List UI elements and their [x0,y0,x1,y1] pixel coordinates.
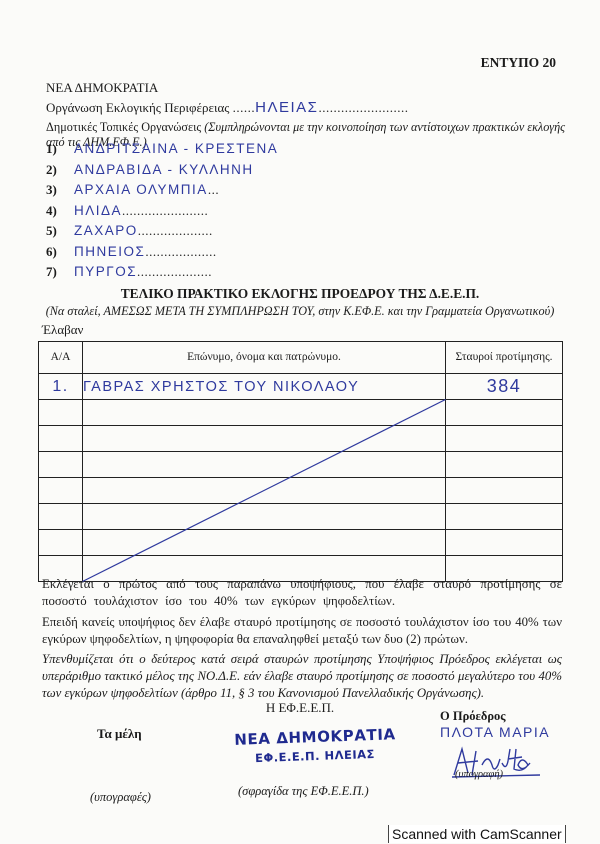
header-name: Επώνυμο, όνομα και πατρώνυμο. [83,342,446,374]
cell-name[interactable]: ΓΑΒΡΑΣ ΧΡΗΣΤΟΣ ΤΟΥ ΝΙΚΟΛΑΟΥ [83,374,446,400]
dots: ...... [233,100,256,115]
organization-label: Οργάνωση Εκλογικής Περιφέρειας [46,100,229,115]
item-number: 3) [46,182,74,198]
dots: ........................ [318,100,408,115]
dots: ....................... [122,203,208,218]
header-aa: Α/Α [39,342,83,374]
president-label: Ο Πρόεδρος [440,709,506,724]
board-label: Η ΕΦ.Ε.Ε.Π. [0,700,600,716]
stamp-label: (σφραγίδα της ΕΦ.Ε.Ε.Π.) [238,784,369,799]
dots: .................... [138,223,213,238]
form-number: ΕΝΤΥΠΟ 20 [481,55,556,71]
local-org-value[interactable]: ΑΝΔΡΙΤΣΑΙΝΑ - ΚΡΕΣΤΕΝΑ [74,141,278,156]
cell-votes[interactable] [446,504,563,530]
cell-name[interactable] [83,426,446,452]
cell-votes[interactable] [446,530,563,556]
signature-label: (υπογραφή) [455,769,503,780]
signatures-label: (υπογραφές) [90,790,151,805]
item-number: 2) [46,162,74,178]
list-item: 4)ΗΛΙΔΑ....................... [46,203,278,224]
camscanner-watermark: Scanned with CamScanner [388,825,566,843]
table-row [39,400,563,426]
local-org-value[interactable]: ΑΝΔΡΑΒΙΔΑ - ΚΥΛΛΗΝΗ [74,162,254,177]
dots: .................... [137,264,212,279]
local-org-value[interactable]: ΠΗΝΕΙΟΣ [74,244,145,259]
reminder-paragraph: Υπενθυμίζεται ότι ο δεύτερος κατά σειρά … [42,651,562,702]
received-label: Έλαβαν [42,322,83,338]
cell-aa[interactable]: 1. [39,374,83,400]
stamp-line-2: ΕΦ.Ε.Ε.Π. ΗΛΕΙΑΣ [230,746,400,766]
party-name: ΝΕΑ ΔΗΜΟΚΡΑΤΙΑ [46,80,158,96]
cell-aa[interactable] [39,426,83,452]
cell-name[interactable] [83,504,446,530]
local-org-value[interactable]: ΑΡΧΑΙΑ ΟΛΥΜΠΙΑ [74,182,208,197]
organization-value[interactable]: ΗΛΕΙΑΣ [255,99,318,116]
cell-aa[interactable] [39,478,83,504]
local-orgs-list: 1)ΑΝΔΡΙΤΣΑΙΝΑ - ΚΡΕΣΤΕΝΑ 2)ΑΝΔΡΑΒΙΔΑ - Κ… [46,141,278,285]
list-item: 1)ΑΝΔΡΙΤΣΑΙΝΑ - ΚΡΕΣΤΕΝΑ [46,141,278,162]
cell-name[interactable] [83,478,446,504]
list-item: 5)ΖΑΧΑΡΟ.................... [46,223,278,244]
cell-name[interactable] [83,400,446,426]
table-row [39,504,563,530]
cell-votes[interactable] [446,400,563,426]
list-item: 2)ΑΝΔΡΑΒΙΔΑ - ΚΥΛΛΗΝΗ [46,162,278,183]
document-subtitle: (Να σταλεί, ΑΜΕΣΩΣ ΜΕΤΑ ΤΗ ΣΥΜΠΛΗΡΩΣΗ ΤΟ… [0,304,600,319]
cell-aa[interactable] [39,400,83,426]
cell-name[interactable] [83,452,446,478]
members-label: Τα μέλη [97,726,142,742]
header-votes: Σταυροί προτίμησης. [446,342,563,374]
cell-aa[interactable] [39,504,83,530]
stamp-line-1: ΝΕΑ ΔΗΜΟΚΡΑΤΙΑ [230,725,401,749]
table-row: 1.ΓΑΒΡΑΣ ΧΡΗΣΤΟΣ ΤΟΥ ΝΙΚΟΛΑΟΥ384 [39,374,563,400]
item-number: 4) [46,203,74,219]
local-org-value[interactable]: ΖΑΧΑΡΟ [74,223,138,238]
list-item: 7)ΠΥΡΓΟΣ.................... [46,264,278,285]
dots: ... [208,182,219,197]
organization-line: Οργάνωση Εκλογικής Περιφέρειας ......ΗΛΕ… [46,99,408,116]
table-row [39,478,563,504]
cell-votes[interactable]: 384 [446,374,563,400]
list-item: 3)ΑΡΧΑΙΑ ΟΛΥΜΠΙΑ... [46,182,278,203]
results-table: Α/Α Επώνυμο, όνομα και πατρώνυμο. Σταυρο… [38,341,563,582]
elected-paragraph: Εκλέγεται ο πρώτος από τους παραπάνω υπο… [42,576,562,610]
item-number: 1) [46,141,74,157]
local-org-value[interactable]: ΠΥΡΓΟΣ [74,264,137,279]
dots: ................... [145,244,216,259]
item-number: 5) [46,223,74,239]
table-row [39,530,563,556]
cell-votes[interactable] [446,478,563,504]
cell-votes[interactable] [446,452,563,478]
cell-name[interactable] [83,530,446,556]
repeat-paragraph: Επειδή κανείς υποψήφιος δεν έλαβε σταυρό… [42,614,562,648]
table-header-row: Α/Α Επώνυμο, όνομα και πατρώνυμο. Σταυρο… [39,342,563,374]
list-item: 6)ΠΗΝΕΙΟΣ................... [46,244,278,265]
local-org-value[interactable]: ΗΛΙΔΑ [74,203,122,218]
official-stamp: ΝΕΑ ΔΗΜΟΚΡΑΤΙΑ ΕΦ.Ε.Ε.Π. ΗΛΕΙΑΣ [230,728,400,763]
cell-votes[interactable] [446,426,563,452]
local-orgs-label: Δημοτικές Τοπικές Οργανώσεις [46,120,201,134]
table-row [39,426,563,452]
item-number: 7) [46,264,74,280]
table-row [39,452,563,478]
cell-aa[interactable] [39,530,83,556]
president-name[interactable]: ΠΛΟΤΑ ΜΑΡΙΑ [440,724,550,740]
item-number: 6) [46,244,74,260]
document-title: ΤΕΛΙΚΟ ΠΡΑΚΤΙΚΟ ΕΚΛΟΓΗΣ ΠΡΟΕΔΡΟΥ ΤΗΣ Δ.Ε… [0,286,600,302]
cell-aa[interactable] [39,452,83,478]
